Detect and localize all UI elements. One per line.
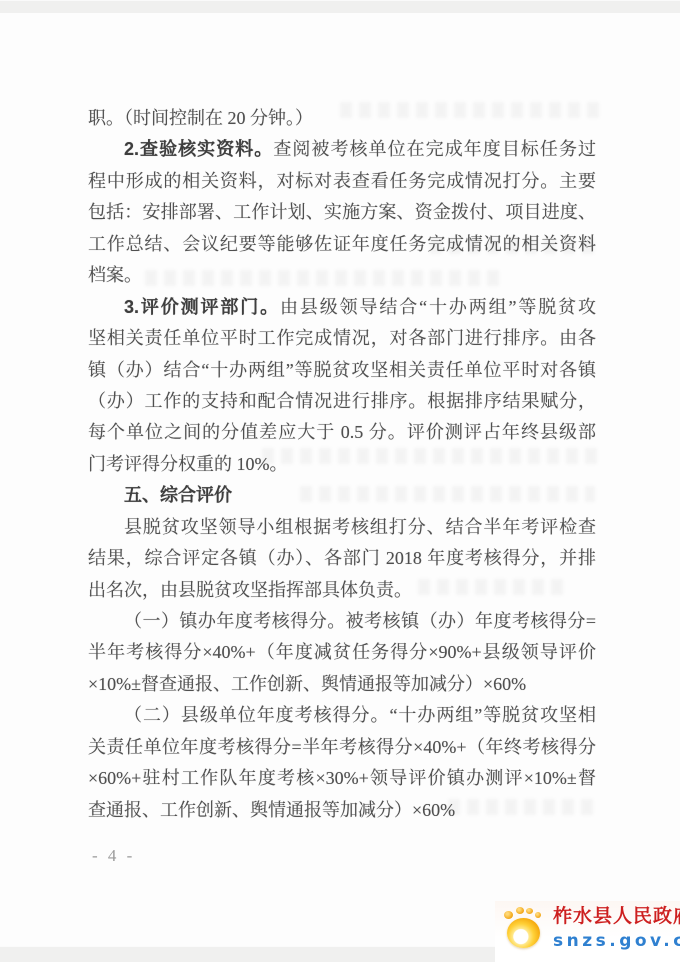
body-text: ×10%±督查通报、工作创新、舆情通报等加减分）×60% — [88, 674, 526, 694]
text-line: 出名次，由县脱贫攻坚指挥部具体负责。 — [88, 575, 596, 606]
gov-org-name: 柞水县人民政府 — [553, 905, 680, 929]
body-text: 坚相关责任单位平时工作完成情况，对各部门进行排序。由各 — [88, 328, 596, 348]
paw-toe-dot — [516, 907, 524, 914]
paw-pad — [507, 918, 540, 948]
gov-site-logo: 柞水县人民政府 snzs.gov.cn — [495, 901, 680, 962]
body-text: （办）工作的支持和配合情况进行排序。根据排序结果赋分， — [88, 391, 596, 411]
body-text: ×60%+驻村工作队年度考核×30%+领导评价镇办测评×10%±督 — [88, 768, 596, 788]
text-line: 五、综合评价 — [88, 480, 596, 511]
body-text: 工作总结、会议纪要等能够佐证年度任务完成情况的相关资料 — [88, 234, 596, 254]
gov-site-url: snzs.gov.cn — [553, 929, 680, 953]
body-text: 程中形成的相关资料，对标对表查看任务完成情况打分。主要 — [88, 171, 596, 191]
text-line: 关责任单位年度考核得分=半年考核得分×40%+（年终考核得分 — [88, 732, 596, 763]
text-line: 每个单位之间的分值差应大于 0.5 分。评价测评占年终县级部 — [88, 417, 596, 448]
page-number: - 4 - — [92, 846, 135, 866]
text-line: 县脱贫攻坚领导小组根据考核组打分、结合半年考评检查 — [88, 512, 596, 543]
body-text: 职。（时间控制在 20 分钟。） — [88, 108, 313, 128]
text-line: 2.查验核实资料。查阅被考核单位在完成年度目标任务过 — [88, 134, 596, 165]
text-line: 查通报、工作创新、舆情通报等加减分）×60% — [88, 795, 596, 826]
gov-logo-text: 柞水县人民政府 snzs.gov.cn — [553, 905, 680, 953]
body-text: 县脱贫攻坚领导小组根据考核组打分、结合半年考评检查 — [124, 517, 596, 537]
scan-edge-bottom — [0, 946, 495, 962]
text-line: 职。（时间控制在 20 分钟。） — [88, 103, 596, 134]
paw-toe-dot — [535, 912, 541, 918]
body-text: 包括：安排部署、工作计划、实施方案、资金拨付、项目进度、 — [88, 202, 596, 222]
body-text: 查阅被考核单位在完成年度目标任务过 — [273, 139, 596, 159]
body-text: （二）县级单位年度考核得分。“十办两组”等脱贫攻坚相 — [124, 705, 596, 725]
scanned-document-page: 职。（时间控制在 20 分钟。）2.查验核实资料。查阅被考核单位在完成年度目标任… — [0, 0, 680, 962]
text-line: 包括：安排部署、工作计划、实施方案、资金拨付、项目进度、 — [88, 197, 596, 228]
paw-toe-dot — [526, 908, 533, 914]
body-text: 关责任单位年度考核得分=半年考核得分×40%+（年终考核得分 — [88, 737, 596, 757]
text-line: 门考评得分权重的 10%。 — [88, 449, 596, 480]
paw-toe-dot — [504, 911, 513, 919]
body-text: 由县级领导结合“十办两组”等脱贫攻 — [280, 297, 596, 317]
text-line: ×60%+驻村工作队年度考核×30%+领导评价镇办测评×10%±督 — [88, 763, 596, 794]
text-line: （办）工作的支持和配合情况进行排序。根据排序结果赋分， — [88, 386, 596, 417]
body-text: 半年考核得分×40%+（年度减贫任务得分×90%+县级领导评价 — [88, 642, 596, 662]
text-line: 结果，综合评定各镇（办）、各部门 2018 年度考核得分，并排 — [88, 543, 596, 574]
text-line: 坚相关责任单位平时工作完成情况，对各部门进行排序。由各 — [88, 323, 596, 354]
text-line: 档案。 — [88, 260, 596, 291]
body-text: 档案。 — [88, 265, 142, 285]
body-text: 镇（办）结合“十办两组”等脱贫攻坚相关责任单位平时对各镇 — [88, 360, 596, 380]
heading-text: 2.查验核实资料。 — [124, 139, 273, 159]
heading-text: 五、综合评价 — [124, 485, 232, 505]
paw-print-icon — [504, 907, 548, 949]
body-text: 结果，综合评定各镇（办）、各部门 2018 年度考核得分，并排 — [88, 548, 596, 568]
scan-edge-top — [0, 0, 680, 13]
text-line: ×10%±督查通报、工作创新、舆情通报等加减分）×60% — [88, 669, 596, 700]
body-text: 出名次，由县脱贫攻坚指挥部具体负责。 — [88, 580, 412, 600]
text-line: （一）镇办年度考核得分。被考核镇（办）年度考核得分= — [88, 606, 596, 637]
text-block: 职。（时间控制在 20 分钟。）2.查验核实资料。查阅被考核单位在完成年度目标任… — [88, 103, 596, 826]
body-text: 门考评得分权重的 10%。 — [88, 454, 288, 474]
heading-text: 3.评价测评部门。 — [124, 297, 280, 317]
text-line: 工作总结、会议纪要等能够佐证年度任务完成情况的相关资料 — [88, 229, 596, 260]
body-text: 查通报、工作创新、舆情通报等加减分）×60% — [88, 800, 455, 820]
body-text: （一）镇办年度考核得分。被考核镇（办）年度考核得分= — [124, 611, 596, 631]
text-line: 镇（办）结合“十办两组”等脱贫攻坚相关责任单位平时对各镇 — [88, 355, 596, 386]
text-line: （二）县级单位年度考核得分。“十办两组”等脱贫攻坚相 — [88, 700, 596, 731]
text-line: 半年考核得分×40%+（年度减贫任务得分×90%+县级领导评价 — [88, 637, 596, 668]
text-line: 程中形成的相关资料，对标对表查看任务完成情况打分。主要 — [88, 166, 596, 197]
text-line: 3.评价测评部门。由县级领导结合“十办两组”等脱贫攻 — [88, 292, 596, 323]
body-text: 每个单位之间的分值差应大于 0.5 分。评价测评占年终县级部 — [88, 422, 596, 442]
